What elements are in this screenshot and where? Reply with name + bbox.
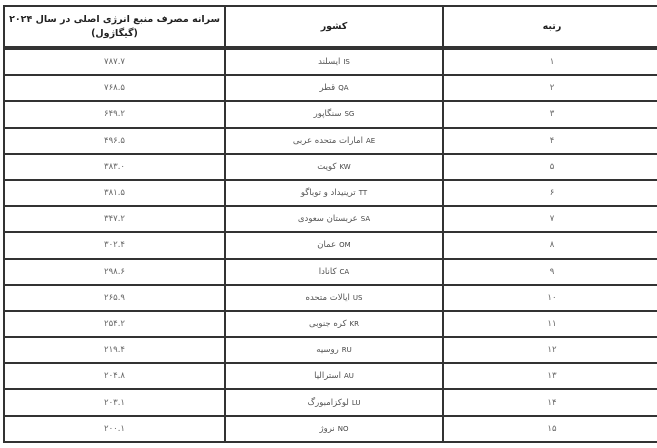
- rank-cell: ۸: [443, 232, 657, 258]
- country-code: SA: [361, 215, 370, 223]
- rank-cell: ۵: [443, 154, 657, 180]
- country-cell: KWکویت: [225, 154, 443, 180]
- table-row: ۶TTترینیداد و توباگو۳۸۱.۵: [4, 180, 657, 206]
- country-cell: SAعربستان سعودی: [225, 206, 443, 232]
- country-code: RU: [342, 346, 352, 354]
- value-cell: ۴۹۶.۵: [4, 128, 225, 154]
- country-cell: RUروسیه: [225, 337, 443, 363]
- table-row: ۱ISایسلند۷۸۷.۷: [4, 48, 657, 75]
- country-code: TT: [359, 189, 367, 197]
- rank-cell: ۶: [443, 180, 657, 206]
- rank-cell: ۱۲: [443, 337, 657, 363]
- value-cell: ۲۵۴.۲: [4, 311, 225, 337]
- value-cell: ۶۴۹.۲: [4, 101, 225, 127]
- country-name: عمان: [317, 240, 336, 250]
- table-row: ۴AEامارات متحده عربی۴۹۶.۵: [4, 128, 657, 154]
- table-row: ۱۳AUاسترالیا۲۰۴.۸: [4, 363, 657, 389]
- rank-cell: ۴: [443, 128, 657, 154]
- value-cell: ۳۰۲.۴: [4, 232, 225, 258]
- rank-cell: ۲: [443, 75, 657, 101]
- country-code: IS: [343, 58, 350, 66]
- header-value-line2: (گیگاژول): [5, 27, 224, 41]
- rank-cell: ۱: [443, 48, 657, 75]
- country-code: AU: [344, 372, 354, 380]
- value-cell: ۷۶۸.۵: [4, 75, 225, 101]
- rank-cell: ۳: [443, 101, 657, 127]
- country-name: کانادا: [319, 267, 337, 277]
- country-code: AE: [366, 137, 375, 145]
- table-row: ۲QAقطر۷۶۸.۵: [4, 75, 657, 101]
- country-name: کویت: [317, 162, 336, 172]
- country-name: کره جنوبی: [309, 319, 347, 329]
- header-value: سرانه مصرف منبع انرژی اصلی در سال ۲۰۲۴ (…: [4, 6, 225, 48]
- table-row: ۱۴LUلوکزامبورگ۲۰۳.۱: [4, 389, 657, 415]
- country-code: US: [353, 294, 363, 302]
- country-cell: AUاسترالیا: [225, 363, 443, 389]
- table-row: ۱۲RUروسیه۲۱۹.۴: [4, 337, 657, 363]
- value-cell: ۲۰۴.۸: [4, 363, 225, 389]
- value-cell: ۲۰۳.۱: [4, 389, 225, 415]
- country-code: CA: [340, 268, 350, 276]
- country-name: ترینیداد و توباگو: [301, 188, 356, 198]
- value-cell: ۳۴۷.۲: [4, 206, 225, 232]
- country-name: نروژ: [319, 424, 334, 434]
- table-row: ۸OMعمان۳۰۲.۴: [4, 232, 657, 258]
- table-row: ۱۵NOنروژ۲۰۰.۱: [4, 416, 657, 442]
- rank-cell: ۱۳: [443, 363, 657, 389]
- table-row: ۹CAکانادا۲۹۸.۶: [4, 259, 657, 285]
- table-row: ۱۱KRکره جنوبی۲۵۴.۲: [4, 311, 657, 337]
- country-name: ایالات متحده: [306, 293, 350, 303]
- value-cell: ۲۰۰.۱: [4, 416, 225, 442]
- country-name: قطر: [319, 83, 335, 93]
- value-cell: ۲۱۹.۴: [4, 337, 225, 363]
- country-code: OM: [339, 241, 351, 249]
- rank-cell: ۱۱: [443, 311, 657, 337]
- header-rank: رتبه: [443, 6, 657, 48]
- value-cell: ۳۸۳.۰: [4, 154, 225, 180]
- country-name: استرالیا: [314, 371, 341, 381]
- energy-consumption-table: رتبه کشور سرانه مصرف منبع انرژی اصلی در …: [3, 5, 657, 443]
- country-code: NO: [338, 425, 349, 433]
- country-code: LU: [352, 399, 361, 407]
- country-name: امارات متحده عربی: [293, 136, 363, 146]
- header-row: رتبه کشور سرانه مصرف منبع انرژی اصلی در …: [4, 6, 657, 48]
- table-row: ۱۰USایالات متحده۲۶۵.۹: [4, 285, 657, 311]
- rank-cell: ۹: [443, 259, 657, 285]
- table-row: ۷SAعربستان سعودی۳۴۷.۲: [4, 206, 657, 232]
- country-cell: OMعمان: [225, 232, 443, 258]
- country-name: روسیه: [316, 345, 338, 355]
- table-row: ۳SGسنگاپور۶۴۹.۲: [4, 101, 657, 127]
- header-value-line1: سرانه مصرف منبع انرژی اصلی در سال ۲۰۲۴: [5, 13, 224, 27]
- value-cell: ۲۹۸.۶: [4, 259, 225, 285]
- country-cell: KRکره جنوبی: [225, 311, 443, 337]
- rank-cell: ۷: [443, 206, 657, 232]
- country-name: ایسلند: [318, 57, 340, 67]
- country-name: لوکزامبورگ: [308, 398, 349, 408]
- table-body: ۱ISایسلند۷۸۷.۷۲QAقطر۷۶۸.۵۳SGسنگاپور۶۴۹.۲…: [4, 48, 657, 442]
- country-cell: TTترینیداد و توباگو: [225, 180, 443, 206]
- energy-table-container: رتبه کشور سرانه مصرف منبع انرژی اصلی در …: [3, 5, 654, 443]
- country-cell: SGسنگاپور: [225, 101, 443, 127]
- country-code: KW: [339, 163, 350, 171]
- country-cell: CAکانادا: [225, 259, 443, 285]
- country-name: عربستان سعودی: [298, 214, 358, 224]
- value-cell: ۳۸۱.۵: [4, 180, 225, 206]
- value-cell: ۲۶۵.۹: [4, 285, 225, 311]
- country-cell: LUلوکزامبورگ: [225, 389, 443, 415]
- country-code: QA: [338, 84, 348, 92]
- country-code: SG: [344, 110, 354, 118]
- country-name: سنگاپور: [314, 109, 342, 119]
- country-cell: QAقطر: [225, 75, 443, 101]
- header-country: کشور: [225, 6, 443, 48]
- country-cell: AEامارات متحده عربی: [225, 128, 443, 154]
- rank-cell: ۱۴: [443, 389, 657, 415]
- country-cell: USایالات متحده: [225, 285, 443, 311]
- table-row: ۵KWکویت۳۸۳.۰: [4, 154, 657, 180]
- country-cell: NOنروژ: [225, 416, 443, 442]
- country-cell: ISایسلند: [225, 48, 443, 75]
- rank-cell: ۱۵: [443, 416, 657, 442]
- rank-cell: ۱۰: [443, 285, 657, 311]
- value-cell: ۷۸۷.۷: [4, 48, 225, 75]
- country-code: KR: [350, 320, 359, 328]
